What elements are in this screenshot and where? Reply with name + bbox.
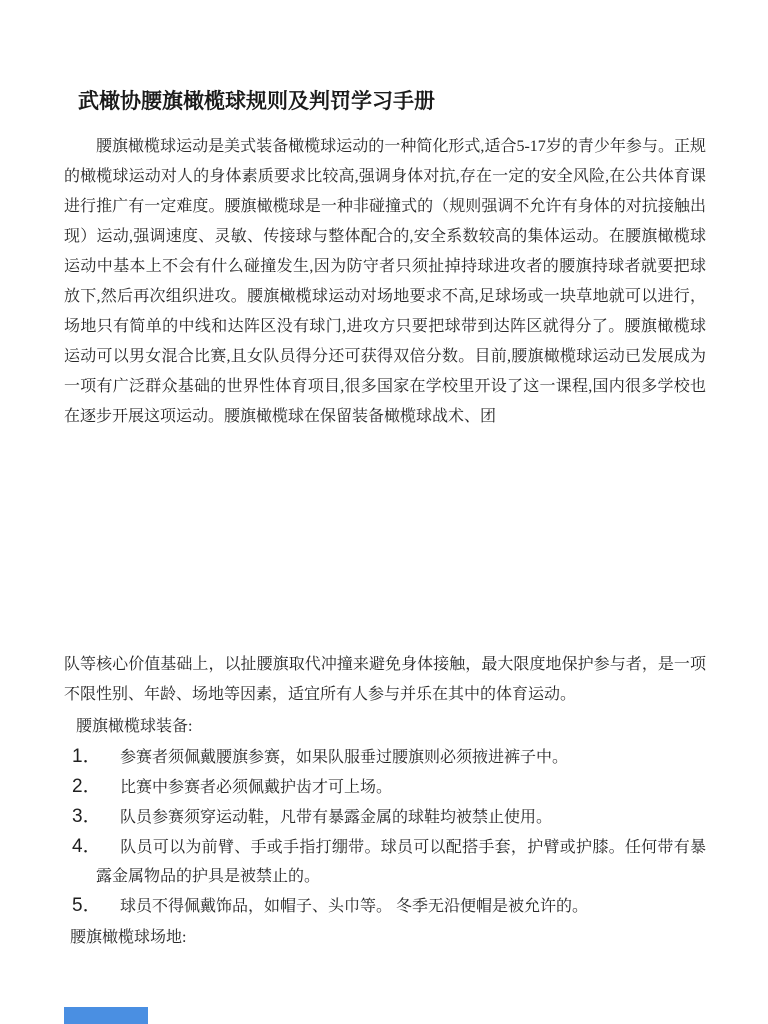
bottom-blue-bar — [64, 1007, 148, 1024]
list-item-number: 1． — [72, 742, 120, 771]
equipment-list: 1．参赛者须佩戴腰旗参赛，如果队服垂过腰旗则必须掖进裤子中。 2．比赛中参赛者必… — [64, 742, 706, 921]
list-item: 5．球员不得佩戴饰品，如帽子、头巾等。 冬季无沿便帽是被允许的。 — [64, 891, 706, 921]
intro-paragraph-part1: 腰旗橄榄球运动是美式装备橄榄球运动的一种简化形式,适合5-17岁的青少年参与。正… — [64, 132, 706, 432]
intro-paragraph-part2: 队等核心价值基础上，以扯腰旗取代冲撞来避免身体接触，最大限度地保护参与者，是一项… — [64, 650, 706, 710]
list-item-text: 队员参赛须穿运动鞋，凡带有暴露金属的球鞋均被禁止使用。 — [120, 809, 552, 826]
list-item-number: 3． — [72, 802, 120, 831]
list-item-text: 比赛中参赛者必须佩戴护齿才可上场。 — [120, 779, 392, 796]
list-item-text: 队员可以为前臂、手或手指打绷带。球员可以配搭手套，护臂或护膝。任何带有暴露金属物… — [96, 839, 706, 885]
list-item-number: 5． — [72, 891, 120, 920]
list-item: 3．队员参赛须穿运动鞋，凡带有暴露金属的球鞋均被禁止使用。 — [64, 802, 706, 832]
list-item: 2．比赛中参赛者必须佩戴护齿才可上场。 — [64, 772, 706, 802]
document-page: 武橄协腰旗橄榄球规则及判罚学习手册 腰旗橄榄球运动是美式装备橄榄球运动的一种简化… — [0, 0, 768, 1024]
list-item-number: 4． — [72, 832, 120, 861]
list-item: 1．参赛者须佩戴腰旗参赛，如果队服垂过腰旗则必须掖进裤子中。 — [64, 742, 706, 772]
list-item-number: 2． — [72, 772, 120, 801]
list-item-text: 参赛者须佩戴腰旗参赛，如果队服垂过腰旗则必须掖进裤子中。 — [120, 749, 568, 766]
equipment-heading: 腰旗橄榄球装备: — [64, 712, 706, 742]
list-item: 4．队员可以为前臂、手或手指打绷带。球员可以配搭手套，护臂或护膝。任何带有暴露金… — [64, 832, 706, 891]
document-content: 武橄协腰旗橄榄球规则及判罚学习手册 腰旗橄榄球运动是美式装备橄榄球运动的一种简化… — [64, 0, 706, 953]
list-item-text: 球员不得佩戴饰品，如帽子、头巾等。 冬季无沿便帽是被允许的。 — [120, 898, 588, 915]
content-gap — [64, 432, 706, 650]
page-title: 武橄协腰旗橄榄球规则及判罚学习手册 — [64, 88, 706, 116]
field-heading: 腰旗橄榄球场地: — [64, 923, 706, 953]
